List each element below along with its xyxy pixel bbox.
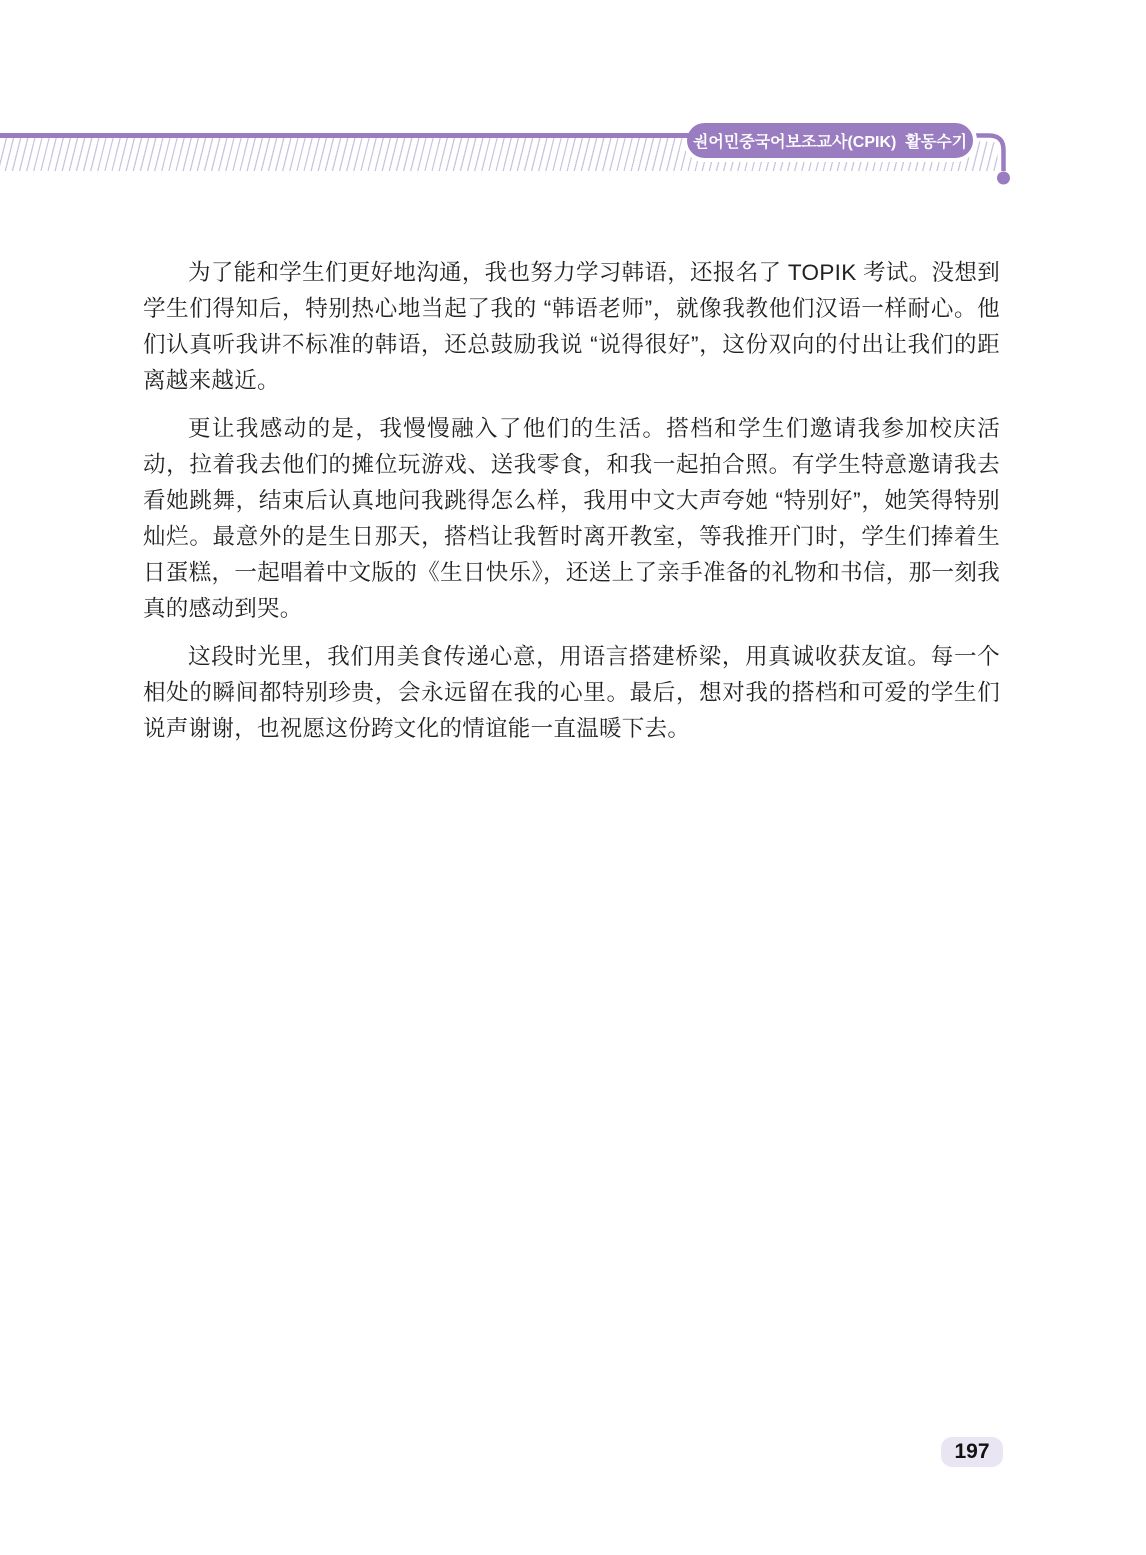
section-title-badge: 원어민중국어보조교사(CPIK) 활동수기 bbox=[683, 119, 977, 162]
paragraph: 更让我感动的是，我慢慢融入了他们的生活。搭档和学生们邀请我参加校庆活动，拉着我去… bbox=[143, 411, 1000, 627]
page-number-badge: 197 bbox=[941, 1437, 1003, 1467]
header-rule-line bbox=[0, 133, 700, 138]
document-page: 원어민중국어보조교사(CPIK) 활동수기 为了能和学生们更好地沟通，我也努力学… bbox=[0, 0, 1146, 1555]
article-body: 为了能和学生们更好地沟通，我也努力学习韩语，还报名了 TOPIK 考试。没想到学… bbox=[0, 0, 1146, 747]
paragraph: 这段时光里，我们用美食传递心意，用语言搭建桥梁，用真诚收获友谊。每一个相处的瞬间… bbox=[143, 639, 1000, 747]
paragraph: 为了能和学生们更好地沟通，我也努力学习韩语，还报名了 TOPIK 考试。没想到学… bbox=[143, 255, 1000, 399]
